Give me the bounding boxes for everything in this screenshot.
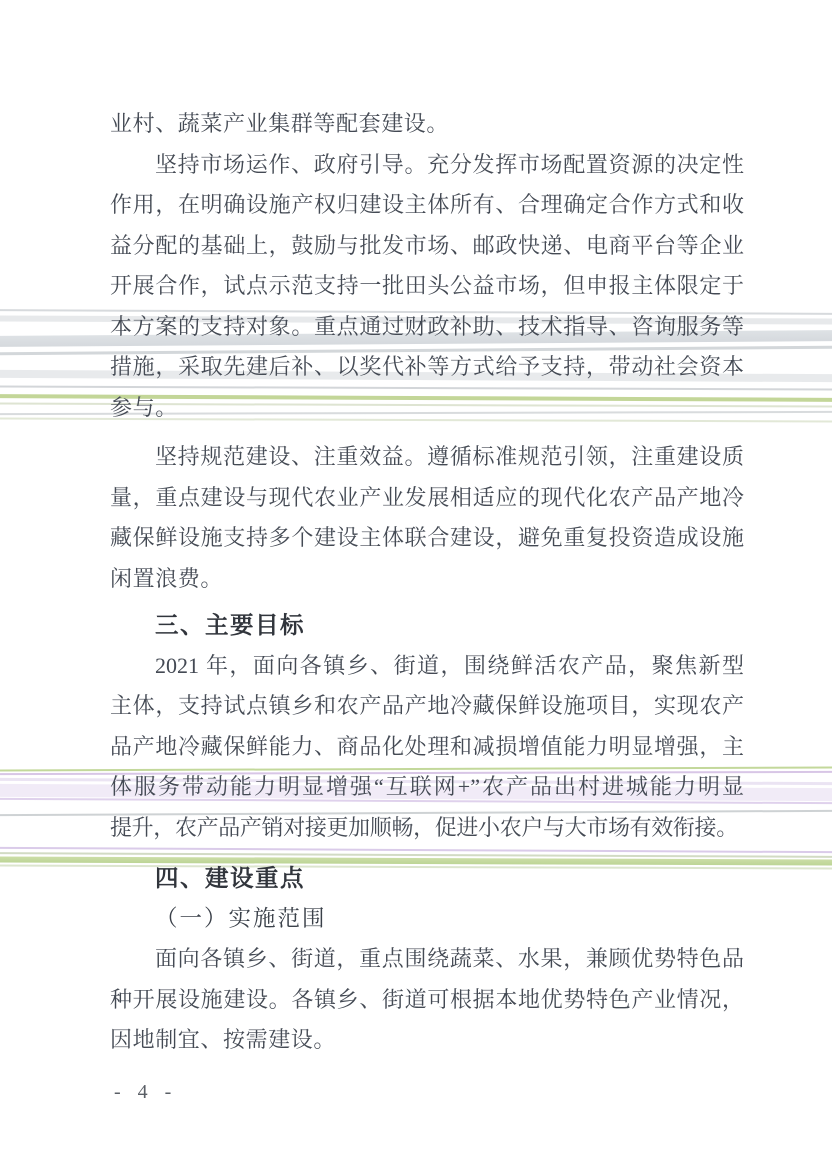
text-line: 坚持市场运作、政府引导。充分发挥市场配置资源的决定性 <box>110 145 744 186</box>
text-line: 闲置浪费。 <box>110 559 744 600</box>
text-line: 体服务带动能力明显增强“互联网+”农产品出村进城能力明显 <box>110 767 744 808</box>
text-line: 坚持规范建设、注重效益。遵循标准规范引领，注重建设质 <box>110 437 744 478</box>
text-line: 措施，采取先建后补、以奖代补等方式给予支持，带动社会资本 <box>110 347 744 388</box>
text-line: 开展合作，试点示范支持一批田头公益市场，但申报主体限定于 <box>110 266 744 307</box>
text-line: 参与。 <box>110 388 744 429</box>
text-line: 提升，农产品产销对接更加顺畅，促进小农户与大市场有效衔接。 <box>110 808 744 849</box>
text-line: 藏保鲜设施支持多个建设主体联合建设，避免重复投资造成设施 <box>110 518 744 559</box>
subsection-heading-implementation-scope: （一）实施范围 <box>110 899 744 940</box>
text-line: 益分配的基础上，鼓励与批发市场、邮政快递、电商平台等企业 <box>110 226 744 267</box>
text-line: 主体，支持试点镇乡和农产品产地冷藏保鲜设施项目，实现农产 <box>110 686 744 727</box>
text-line: 量，重点建设与现代农业产业发展相适应的现代化农产品产地冷 <box>110 478 744 519</box>
section-heading-construction-focus: 四、建设重点 <box>110 858 744 899</box>
text-line: 面向各镇乡、街道，重点围绕蔬菜、水果，兼顾优势特色品 <box>110 939 744 980</box>
text-line: 业村、蔬菜产业集群等配套建设。 <box>110 104 744 145</box>
text-line: 2021 年，面向各镇乡、街道，围绕鲜活农产品，聚焦新型 <box>110 646 744 687</box>
text-line: 品产地冷藏保鲜能力、商品化处理和减损增值能力明显增强，主 <box>110 727 744 768</box>
text-line: 种开展设施建设。各镇乡、街道可根据本地优势特色产业情况， <box>110 980 744 1021</box>
text-line: 因地制宜、按需建设。 <box>110 1020 744 1061</box>
document-text-column: 业村、蔬菜产业集群等配套建设。 坚持市场运作、政府引导。充分发挥市场配置资源的决… <box>110 104 744 1107</box>
page-number: - 4 - <box>110 1077 744 1107</box>
section-heading-main-goals: 三、主要目标 <box>110 605 744 646</box>
document-page: 业村、蔬菜产业集群等配套建设。 坚持市场运作、政府引导。充分发挥市场配置资源的决… <box>0 0 832 1167</box>
text-line: 作用，在明确设施产权归建设主体所有、合理确定合作方式和收 <box>110 185 744 226</box>
text-line: 本方案的支持对象。重点通过财政补助、技术指导、咨询服务等 <box>110 307 744 348</box>
